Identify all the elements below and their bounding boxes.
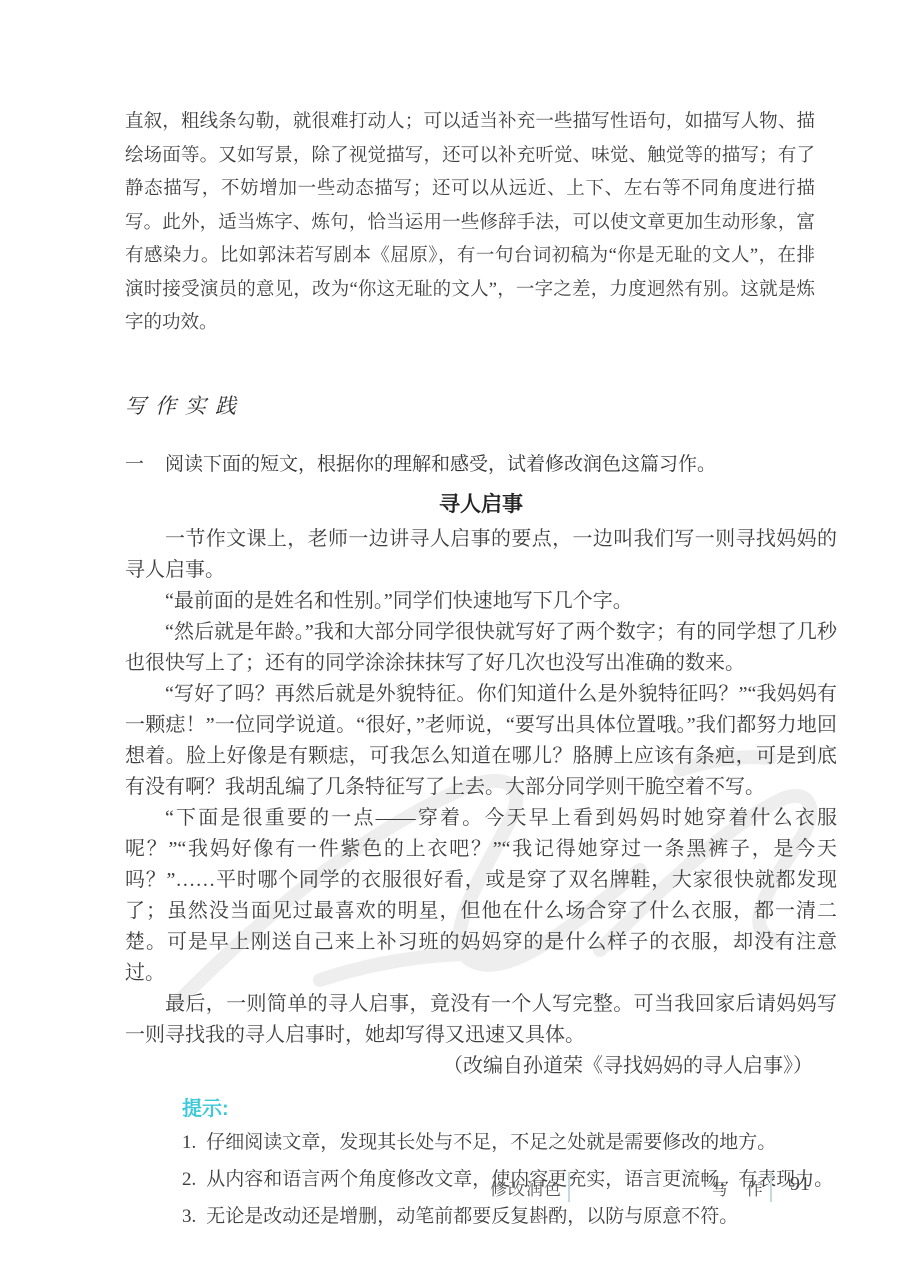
page-footer: 修改润色 写 作 91: [0, 1168, 904, 1208]
essay-body: 一节作文课上，老师一边讲寻人启事的要点，一边叫我们写一则寻找妈妈的寻人启事。 “…: [125, 524, 837, 1082]
footer-part-label: 写 作: [712, 1175, 763, 1200]
footer-page-number: 91: [790, 1173, 810, 1196]
essay-title: 寻人启事: [125, 488, 837, 518]
section-heading: 写作实践: [125, 390, 837, 420]
exercise-number: 一: [125, 450, 144, 480]
hint-item-1: 1. 仔细阅读文章，发现其长处与不足，不足之处就是需要修改的地方。: [182, 1124, 859, 1161]
hint-number-1: 1.: [182, 1124, 196, 1161]
hints-section: 提示: 1. 仔细阅读文章，发现其长处与不足，不足之处就是需要修改的地方。 2.…: [182, 1094, 859, 1235]
hint-text-1: 仔细阅读文章，发现其长处与不足，不足之处就是需要修改的地方。: [206, 1124, 776, 1161]
footer-section-label: 修改润色: [490, 1175, 562, 1200]
textbook-page: 直叙，粗线条勾勒，就很难打动人；可以适当补充一些描写性语句，如描写人物、描绘场面…: [0, 0, 904, 1264]
intro-paragraph: 直叙，粗线条勾勒，就很难打动人；可以适当补充一些描写性语句，如描写人物、描绘场面…: [125, 106, 815, 341]
essay-paragraph-6: 最后，一则简单的寻人启事，竟没有一个人写完整。可当我回家后请妈妈写一则寻找我的寻…: [125, 989, 837, 1051]
page-content: 直叙，粗线条勾勒，就很难打动人；可以适当补充一些描写性语句，如描写人物、描绘场面…: [125, 0, 837, 1235]
hints-label: 提示:: [182, 1094, 859, 1124]
essay-paragraph-2: “最前面的是姓名和性别。”同学们快速地写下几个字。: [125, 586, 837, 617]
exercise-text: 阅读下面的短文，根据你的理解和感受，试着修改润色这篇习作。: [165, 450, 716, 480]
footer-divider-right: [770, 1172, 772, 1202]
essay-attribution: （改编自孙道荣《寻找妈妈的寻人启事》）: [125, 1051, 837, 1082]
essay-paragraph-1: 一节作文课上，老师一边讲寻人启事的要点，一边叫我们写一则寻找妈妈的寻人启事。: [125, 524, 837, 586]
essay-paragraph-3: “然后就是年龄。”我和大部分同学很快就写好了两个数字；有的同学想了几秒也很快写上…: [125, 617, 837, 679]
exercise-item: 一 阅读下面的短文，根据你的理解和感受，试着修改润色这篇习作。: [125, 450, 837, 480]
footer-divider-left: [568, 1172, 570, 1202]
essay-paragraph-4: “写好了吗？再然后就是外貌特征。你们知道什么是外貌特征吗？”“我妈妈有一颗痣！”…: [125, 679, 837, 803]
essay-paragraph-5: “下面是很重要的一点——穿着。今天早上看到妈妈时她穿着什么衣服呢？”“我妈好像有…: [125, 803, 837, 989]
